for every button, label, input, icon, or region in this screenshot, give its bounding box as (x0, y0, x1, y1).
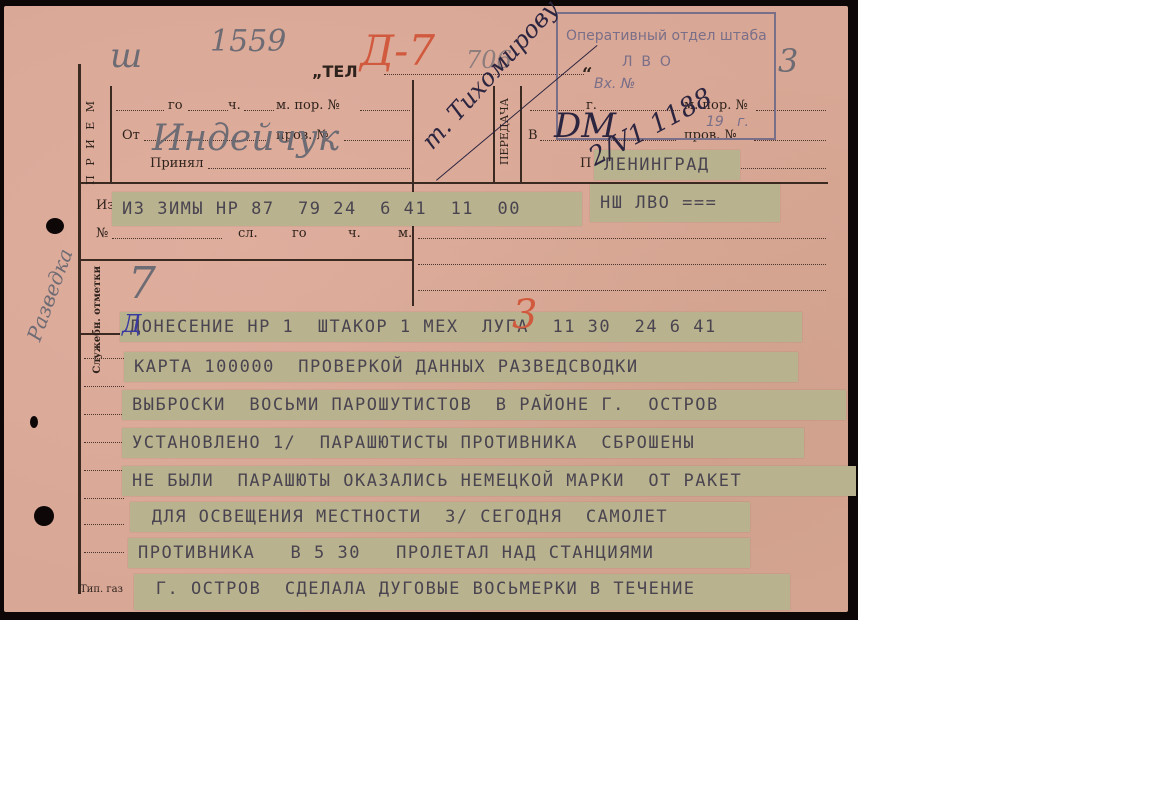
frame-left (78, 64, 81, 594)
dotted-line (208, 168, 410, 169)
punch-hole (30, 416, 38, 428)
dotted-line (418, 290, 826, 291)
telegram-form: „ТЕЛ “ П Р И Е М го ч. м. пор. № От пров… (4, 6, 848, 612)
dotted-line (112, 238, 222, 239)
priem-ch: ч. (228, 98, 241, 113)
dotted-line (116, 110, 164, 111)
red-three: 3 (512, 292, 537, 338)
pencil-name: Индейчук (152, 118, 339, 159)
dotted-line (84, 358, 124, 359)
ink-letter-d: Д (122, 310, 142, 338)
pencil-mark-top-left: ш (110, 36, 142, 76)
stamp-line-2: Л В О (622, 54, 671, 70)
ink-signature: DM (554, 106, 616, 146)
ink-addressee: т. Тихомирову (416, 0, 564, 155)
no-go: го (292, 226, 307, 241)
message-line-3: ВЫБРОСКИ ВОСЬМИ ПАРОШУТИСТОВ В РАЙОНЕ Г.… (122, 390, 846, 420)
peredacha-v: В (528, 128, 538, 143)
no-ch: ч. (348, 226, 361, 241)
no-label: № (96, 226, 108, 241)
dotted-line (418, 238, 826, 239)
dotted-line (734, 168, 826, 169)
dotted-line (84, 524, 124, 525)
peredacha-label: ПЕРЕДАЧА (498, 98, 511, 165)
dotted-line (84, 414, 124, 415)
printer-label: Тип. газ (80, 584, 123, 595)
message-line-6: ДЛЯ ОСВЕЩЕНИЯ МЕСТНОСТИ 3/ СЕГОДНЯ САМОЛ… (130, 502, 750, 532)
priem-ot: От (122, 128, 140, 143)
origin-strip: ИЗ ЗИМЫ НР 87 79 24 6 41 11 00 (112, 192, 582, 226)
dotted-line (84, 386, 124, 387)
pencil-seven: 7 (128, 258, 156, 309)
no-sl: сл. (238, 226, 258, 241)
dotted-line (84, 470, 124, 471)
dotted-line (244, 110, 274, 111)
telegram-scan: „ТЕЛ “ П Р И Е М го ч. м. пор. № От пров… (0, 0, 858, 620)
dotted-line (84, 442, 124, 443)
dotted-line (418, 264, 826, 265)
message-line-8: Г. ОСТРОВ СДЕЛАЛА ДУГОВЫЕ ВОСЬМЕРКИ В ТЕ… (134, 574, 790, 610)
recipient-strip: НШ ЛВО === (590, 184, 780, 222)
dotted-line (188, 110, 228, 111)
dotted-line (754, 140, 826, 141)
message-line-2: КАРТА 100000 ПРОВЕРКОЙ ДАННЫХ РАЗВЕДСВОД… (124, 352, 798, 382)
frame-priem-inner (110, 86, 112, 182)
punch-hole (46, 218, 64, 234)
pencil-number: 1559 (210, 24, 286, 59)
frame-peredacha-left (493, 86, 495, 182)
stamp-line-3: Вх. № (594, 76, 635, 92)
dotted-line (84, 552, 124, 553)
message-line-7: ПРОТИВНИКА В 5 30 ПРОЛЕТАЛ НАД СТАНЦИЯМИ (128, 538, 750, 568)
pencil-margin-note: Разведка (22, 245, 77, 344)
message-line-5: НЕ БЫЛИ ПАРАШЮТЫ ОКАЗАЛИСЬ НЕМЕЦКОЙ МАРК… (122, 466, 856, 496)
no-m: м. (398, 226, 412, 241)
stamp-line-4: 19 г. (706, 114, 749, 130)
message-line-1: ДОНЕСЕНИЕ НР 1 ШТАКОР 1 МЕХ ЛУГА 11 30 2… (120, 312, 802, 342)
pencil-three: 3 (778, 42, 798, 80)
dotted-line (360, 110, 410, 111)
red-pencil-mark: Д-7 (360, 26, 435, 75)
dotted-line (84, 498, 124, 499)
priem-go: го (168, 98, 183, 113)
punch-hole (34, 506, 54, 526)
header-tel: „ТЕЛ (312, 62, 358, 81)
dotted-line (344, 140, 410, 141)
priem-m-por: м. пор. № (276, 98, 340, 113)
frame-peredacha-right (520, 86, 522, 182)
stamp-line-1: Оперативный отдел штаба (566, 28, 767, 44)
message-line-4: УСТАНОВЛЕНО 1/ ПАРАШЮТИСТЫ ПРОТИВНИКА СБ… (122, 428, 804, 458)
priem-label: П Р И Е М (84, 98, 97, 185)
